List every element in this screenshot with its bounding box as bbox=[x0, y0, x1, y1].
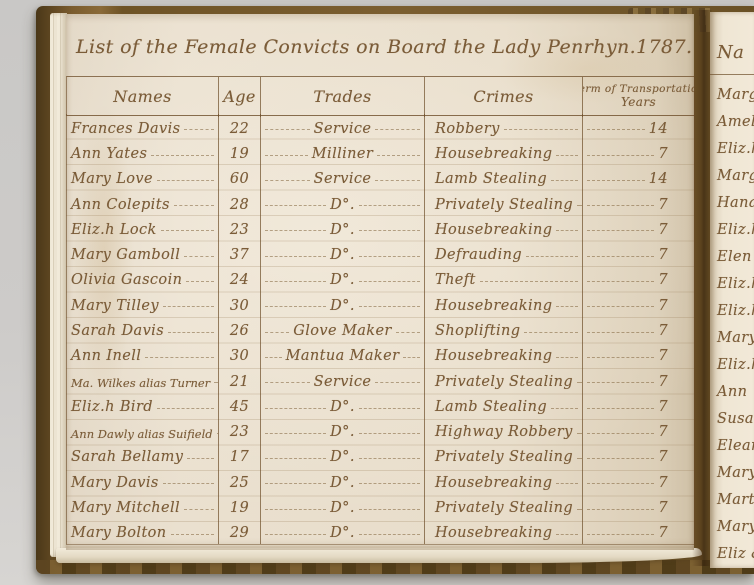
table-row: Sarah Davis 26 Glove Maker Shoplifting 7 bbox=[67, 316, 695, 341]
right-page-name-partial: Marg.t bbox=[717, 163, 754, 190]
convict-trade: Milliner bbox=[312, 146, 373, 163]
dash-filler bbox=[265, 357, 282, 358]
table-row: Ann Dawly alias Suifield 23 D°. Highway … bbox=[67, 418, 695, 443]
dash-filler bbox=[151, 155, 214, 156]
convict-crime: Lamb Stealing bbox=[435, 399, 547, 416]
right-page-name-partial: Eliz.h C bbox=[717, 271, 754, 298]
dash-filler bbox=[587, 408, 654, 409]
convict-crime: Shoplifting bbox=[435, 323, 520, 340]
dash-filler bbox=[145, 357, 214, 358]
convict-trade: D°. bbox=[330, 222, 355, 239]
table-row: Sarah Bellamy 17 D°. Privately Stealing … bbox=[67, 443, 695, 468]
dash-filler bbox=[577, 509, 582, 510]
header-age: Age bbox=[219, 77, 261, 117]
right-page-name-partial: Martha bbox=[717, 487, 754, 514]
dash-filler bbox=[551, 408, 578, 409]
convict-age: 25 bbox=[230, 475, 249, 492]
convict-trade: Mantua Maker bbox=[286, 348, 400, 365]
dash-filler bbox=[556, 483, 578, 484]
convict-age: 29 bbox=[230, 525, 249, 542]
convict-name: Eliz.h Lock bbox=[71, 222, 157, 239]
dash-filler bbox=[587, 256, 654, 257]
dash-filler bbox=[359, 230, 420, 231]
convict-name: Mary Tilley bbox=[71, 298, 159, 315]
convict-name: Mary Davis bbox=[71, 475, 159, 492]
table-row: Ann Inell 30 Mantua Maker Housebreaking … bbox=[67, 342, 695, 367]
page-stack-edge bbox=[50, 13, 67, 557]
convict-name: Mary Love bbox=[71, 171, 153, 188]
convict-trade: D°. bbox=[330, 272, 355, 289]
convict-crime: Privately Stealing bbox=[435, 449, 573, 466]
convict-trade: D°. bbox=[330, 449, 355, 466]
dash-filler bbox=[587, 230, 654, 231]
convict-trade: D°. bbox=[330, 500, 355, 517]
dash-filler bbox=[157, 180, 214, 181]
dash-filler bbox=[577, 205, 582, 206]
convict-name: Sarah Davis bbox=[71, 323, 164, 340]
convict-age: 45 bbox=[230, 399, 249, 416]
dash-filler bbox=[377, 155, 420, 156]
right-page-name-partial: Mary bbox=[717, 460, 754, 487]
right-page-name-partial: Eliz.h bbox=[717, 298, 754, 325]
convict-age: 28 bbox=[230, 197, 249, 214]
header-names: Names bbox=[67, 77, 219, 117]
header-crimes: Crimes bbox=[425, 77, 583, 117]
convict-age: 30 bbox=[230, 348, 249, 365]
right-page-rule bbox=[710, 74, 754, 75]
convict-crime: Housebreaking bbox=[435, 348, 552, 365]
dash-filler bbox=[359, 483, 420, 484]
table-body: Frances Davis 22 Service Robbery 14 Ann … bbox=[66, 114, 695, 545]
dash-filler bbox=[587, 180, 645, 181]
convict-age: 22 bbox=[230, 121, 249, 138]
dash-filler bbox=[526, 256, 578, 257]
dash-filler bbox=[587, 483, 654, 484]
convict-term: 7 bbox=[658, 525, 668, 542]
dash-filler bbox=[186, 281, 214, 282]
convict-age: 30 bbox=[230, 298, 249, 315]
convict-trade: Service bbox=[314, 171, 372, 188]
convict-age: 37 bbox=[230, 247, 249, 264]
table-row: Eliz.h Bird 45 D°. Lamb Stealing 7 bbox=[67, 392, 695, 417]
dash-filler bbox=[403, 357, 420, 358]
dash-filler bbox=[265, 534, 326, 535]
header-term: Term of Transportation Years bbox=[583, 77, 695, 117]
dash-filler bbox=[556, 230, 578, 231]
dash-filler bbox=[577, 458, 582, 459]
convict-trade: Service bbox=[314, 374, 372, 391]
dash-filler bbox=[396, 332, 420, 333]
dash-filler bbox=[168, 332, 214, 333]
dash-filler bbox=[265, 483, 326, 484]
convict-name: Frances Davis bbox=[71, 121, 180, 138]
dash-filler bbox=[587, 458, 654, 459]
page-title-year: 1787. bbox=[636, 36, 692, 58]
convict-name: Mary Gamboll bbox=[71, 247, 180, 264]
dash-filler bbox=[587, 332, 654, 333]
convict-age: 17 bbox=[230, 449, 249, 466]
dash-filler bbox=[265, 433, 326, 434]
convict-term: 7 bbox=[658, 247, 668, 264]
convict-crime: Privately Stealing bbox=[435, 197, 573, 214]
right-page-name-partial: Eliz.h bbox=[717, 136, 754, 163]
convict-age: 23 bbox=[230, 424, 249, 441]
dash-filler bbox=[163, 483, 214, 484]
dash-filler bbox=[556, 357, 578, 358]
dash-filler bbox=[587, 281, 654, 282]
dash-filler bbox=[184, 256, 214, 257]
convict-crime: Housebreaking bbox=[435, 475, 552, 492]
dash-filler bbox=[265, 155, 308, 156]
convict-name: Mary Mitchell bbox=[71, 500, 180, 517]
convict-trade: Service bbox=[314, 121, 372, 138]
convict-term: 7 bbox=[658, 272, 668, 289]
dash-filler bbox=[265, 509, 326, 510]
dash-filler bbox=[587, 382, 654, 383]
dash-filler bbox=[375, 180, 420, 181]
convict-age: 19 bbox=[230, 500, 249, 517]
page-bottom-edge bbox=[56, 548, 702, 563]
convict-trade: D°. bbox=[330, 424, 355, 441]
convict-trade: D°. bbox=[330, 247, 355, 264]
dash-filler bbox=[265, 230, 326, 231]
dash-filler bbox=[161, 230, 214, 231]
convict-trade: D°. bbox=[330, 475, 355, 492]
convict-age: 24 bbox=[230, 272, 249, 289]
convict-term: 7 bbox=[658, 399, 668, 416]
convict-crime: Robbery bbox=[435, 121, 500, 138]
right-page-name-partial: Eliz.h bbox=[717, 352, 754, 379]
convict-term: 7 bbox=[658, 475, 668, 492]
dash-filler bbox=[265, 458, 326, 459]
right-page-name-partial: Amel bbox=[717, 109, 754, 136]
right-page-name-partial: Mary bbox=[717, 514, 754, 541]
dash-filler bbox=[359, 256, 420, 257]
table-row: Mary Love 60 Service Lamb Stealing 14 bbox=[67, 165, 695, 190]
convict-term: 7 bbox=[658, 424, 668, 441]
convict-name: Mary Bolton bbox=[71, 525, 167, 542]
dash-filler bbox=[587, 509, 654, 510]
header-trades: Trades bbox=[261, 77, 425, 117]
convict-crime: Housebreaking bbox=[435, 222, 552, 239]
page-title: List of the Female Convicts on Board the… bbox=[76, 36, 684, 58]
dash-filler bbox=[587, 306, 654, 307]
convict-trade: D°. bbox=[330, 525, 355, 542]
photo-of-ledger: List of the Female Convicts on Board the… bbox=[0, 0, 754, 585]
ledger-right-page-partial: Na MargAmelEliz.hMarg.tHanaEliz.h BElenE… bbox=[710, 12, 754, 568]
convict-name: Ann Inell bbox=[71, 348, 141, 365]
table-row: Olivia Gascoin 24 D°. Theft 7 bbox=[67, 266, 695, 291]
right-page-name-partial: Eliz.h B bbox=[717, 217, 754, 244]
table-row: Mary Gamboll 37 D°. Defrauding 7 bbox=[67, 240, 695, 265]
convict-age: 23 bbox=[230, 222, 249, 239]
dash-filler bbox=[187, 458, 214, 459]
convict-term: 14 bbox=[649, 121, 668, 138]
convict-term: 14 bbox=[649, 171, 668, 188]
dash-filler bbox=[577, 382, 582, 383]
convict-name: Ann Yates bbox=[71, 146, 147, 163]
book-gutter-shadow bbox=[692, 10, 712, 566]
dash-filler bbox=[587, 129, 645, 130]
convict-name: Eliz.h Bird bbox=[71, 399, 153, 416]
convict-crime: Theft bbox=[435, 272, 476, 289]
dash-filler bbox=[556, 155, 578, 156]
convict-trade: D°. bbox=[330, 197, 355, 214]
dash-filler bbox=[556, 534, 578, 535]
convict-crime: Privately Stealing bbox=[435, 500, 573, 517]
dash-filler bbox=[265, 129, 310, 130]
dash-filler bbox=[157, 408, 214, 409]
convict-crime: Housebreaking bbox=[435, 298, 552, 315]
convict-crime: Housebreaking bbox=[435, 525, 552, 542]
dash-filler bbox=[163, 306, 214, 307]
right-page-name-partial: Marg bbox=[717, 82, 754, 109]
right-page-name-partial: Eliz & bbox=[717, 541, 754, 568]
convict-age: 19 bbox=[230, 146, 249, 163]
dash-filler bbox=[587, 155, 654, 156]
dash-filler bbox=[577, 433, 582, 434]
dash-filler bbox=[556, 306, 578, 307]
dash-filler bbox=[587, 357, 654, 358]
convict-crime: Privately Stealing bbox=[435, 374, 573, 391]
convict-term: 7 bbox=[658, 146, 668, 163]
dash-filler bbox=[171, 534, 214, 535]
right-page-name-partial: Eleana bbox=[717, 433, 754, 460]
right-page-name-partial: Susan bbox=[717, 406, 754, 433]
dash-filler bbox=[265, 281, 326, 282]
convict-name: Olivia Gascoin bbox=[71, 272, 182, 289]
dash-filler bbox=[265, 382, 310, 383]
dash-filler bbox=[265, 408, 326, 409]
right-page-names-column: MargAmelEliz.hMarg.tHanaEliz.h BElenEliz… bbox=[717, 82, 754, 568]
table-row: Ma. Wilkes alias Turner 21 Service Priva… bbox=[67, 367, 695, 392]
right-page-header-partial: Na bbox=[717, 42, 744, 63]
dash-filler bbox=[587, 534, 654, 535]
table-row: Frances Davis 22 Service Robbery 14 bbox=[67, 114, 695, 139]
page-title-text: List of the Female Convicts on Board the… bbox=[76, 36, 636, 58]
convict-term: 7 bbox=[658, 197, 668, 214]
dash-filler bbox=[265, 256, 326, 257]
right-page-name-partial: Ann bbox=[717, 379, 754, 406]
table-row: Mary Bolton 29 D°. Housebreaking 7 bbox=[67, 519, 695, 544]
convict-term: 7 bbox=[658, 323, 668, 340]
dash-filler bbox=[587, 433, 654, 434]
dash-filler bbox=[504, 129, 578, 130]
dash-filler bbox=[265, 205, 326, 206]
table-row: Eliz.h Lock 23 D°. Housebreaking 7 bbox=[67, 215, 695, 240]
dash-filler bbox=[184, 509, 214, 510]
dash-filler bbox=[359, 281, 420, 282]
dash-filler bbox=[359, 205, 420, 206]
table-row: Mary Tilley 30 D°. Housebreaking 7 bbox=[67, 291, 695, 316]
convict-term: 7 bbox=[658, 449, 668, 466]
ledger-left-page: List of the Female Convicts on Board the… bbox=[66, 14, 694, 550]
table-row: Mary Davis 25 D°. Housebreaking 7 bbox=[67, 468, 695, 493]
dash-filler bbox=[265, 180, 310, 181]
convict-term: 7 bbox=[658, 348, 668, 365]
convict-name: Ma. Wilkes alias Turner bbox=[71, 377, 210, 390]
dash-filler bbox=[359, 509, 420, 510]
convict-age: 26 bbox=[230, 323, 249, 340]
convict-term: 7 bbox=[658, 500, 668, 517]
dash-filler bbox=[265, 332, 289, 333]
convict-age: 60 bbox=[230, 171, 249, 188]
table-row: Mary Mitchell 19 D°. Privately Stealing … bbox=[67, 493, 695, 518]
convict-term: 7 bbox=[658, 222, 668, 239]
convict-crime: Housebreaking bbox=[435, 146, 552, 163]
convict-name: Ann Colepits bbox=[71, 197, 170, 214]
dash-filler bbox=[359, 306, 420, 307]
table-header-row: Names Age Trades Crimes Term of Transpor… bbox=[66, 76, 695, 116]
dash-filler bbox=[359, 458, 420, 459]
dash-filler bbox=[184, 129, 214, 130]
convict-age: 21 bbox=[230, 374, 249, 391]
right-page-name-partial: Hana bbox=[717, 190, 754, 217]
dash-filler bbox=[375, 129, 420, 130]
dash-filler bbox=[359, 408, 420, 409]
convict-trade: D°. bbox=[330, 298, 355, 315]
right-page-name-partial: Mary bbox=[717, 325, 754, 352]
convict-crime: Defrauding bbox=[435, 247, 522, 264]
dash-filler bbox=[480, 281, 578, 282]
convict-name: Ann Dawly alias Suifield bbox=[71, 428, 213, 441]
convict-term: 7 bbox=[658, 298, 668, 315]
convict-trade: D°. bbox=[330, 399, 355, 416]
dash-filler bbox=[265, 306, 326, 307]
dash-filler bbox=[587, 205, 654, 206]
convict-term: 7 bbox=[658, 374, 668, 391]
convict-trade: Glove Maker bbox=[293, 323, 392, 340]
table-row: Ann Colepits 28 D°. Privately Stealing 7 bbox=[67, 190, 695, 215]
convict-name: Sarah Bellamy bbox=[71, 449, 183, 466]
convict-crime: Lamb Stealing bbox=[435, 171, 547, 188]
convict-crime: Highway Robbery bbox=[435, 424, 573, 441]
dash-filler bbox=[375, 382, 420, 383]
dash-filler bbox=[524, 332, 578, 333]
dash-filler bbox=[359, 534, 420, 535]
dash-filler bbox=[551, 180, 578, 181]
dash-filler bbox=[174, 205, 214, 206]
table-row: Ann Yates 19 Milliner Housebreaking 7 bbox=[67, 139, 695, 164]
dash-filler bbox=[359, 433, 420, 434]
right-page-name-partial: Elen bbox=[717, 244, 754, 271]
